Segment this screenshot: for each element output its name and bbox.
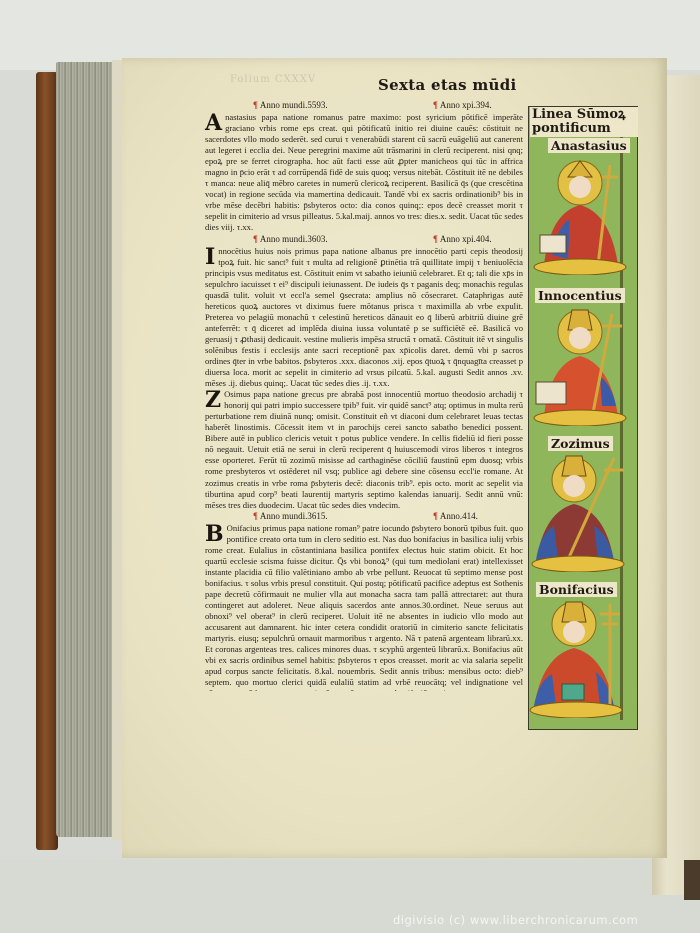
show-through-header: Folium CXXXV (230, 74, 316, 85)
pilcrow-icon: ¶ (253, 234, 258, 244)
year-line: ¶Anno mundi.3603. ¶Anno xpi.404. (205, 234, 523, 246)
anno-christi: Anno xpi.404. (440, 234, 492, 244)
year-line: ¶Anno mundi.3615. ¶Anno.414. (205, 511, 523, 523)
book-cover-right (684, 860, 700, 900)
entry-text: Onifacius primus papa natione roman⁹ pat… (205, 523, 523, 691)
pope-name-innocentius: Innocentius (535, 288, 625, 303)
anno-christi: Anno xpi.394. (440, 100, 492, 110)
pope-name-anastasius: Anastasius (548, 138, 630, 153)
pope-portrait-anastasius-icon (530, 155, 630, 275)
book-cover-spine (36, 72, 58, 850)
anno-mundi: Anno mundi.3615. (260, 511, 328, 521)
lineage-header: Linea Sūmoꝝ pontificum (530, 107, 638, 137)
pope-name-zozimus: Zozimus (548, 436, 613, 451)
running-head: Sexta etas mūdi (378, 76, 517, 94)
initial-letter: I (205, 247, 215, 267)
initial-letter: B (205, 524, 224, 544)
entry-text: nnocētius huius nois primus papa natione… (205, 246, 523, 389)
entry-text: nastasius papa natione romanus patre max… (205, 112, 523, 232)
main-text-column: ¶Anno mundi.5593. ¶Anno xpi.394. Anastas… (205, 100, 523, 691)
entry-bonifacius: BOnifacius primus papa natione roman⁹ pa… (205, 523, 523, 691)
pope-portrait-zozimus-icon (528, 452, 628, 572)
pope-portrait-innocentius-icon (530, 306, 630, 426)
entry-text: Osimus papa natione grecus pre abrabā po… (205, 389, 523, 509)
pilcrow-icon: ¶ (433, 511, 438, 521)
year-line: ¶Anno mundi.5593. ¶Anno xpi.394. (205, 100, 523, 112)
watermark: digivisio (c) www.liberchronicarum.com (393, 913, 638, 927)
pope-name-bonifacius: Bonifacius (536, 582, 617, 597)
pilcrow-icon: ¶ (253, 100, 258, 110)
anno-mundi: Anno mundi.3603. (260, 234, 328, 244)
initial-letter: A (205, 113, 222, 133)
pilcrow-icon: ¶ (253, 511, 258, 521)
anno-christi: Anno.414. (440, 511, 478, 521)
entry-anastasius: Anastasius papa natione romanus patre ma… (205, 112, 523, 234)
pope-portrait-bonifacius-icon (528, 598, 628, 718)
initial-letter: Z (205, 390, 221, 410)
entry-innocentius: Innocētius huius nois primus papa nation… (205, 246, 523, 390)
entry-zozimus: ZOsimus papa natione grecus pre abrabā p… (205, 389, 523, 511)
pilcrow-icon: ¶ (433, 234, 438, 244)
pilcrow-icon: ¶ (433, 100, 438, 110)
anno-mundi: Anno mundi.5593. (260, 100, 328, 110)
